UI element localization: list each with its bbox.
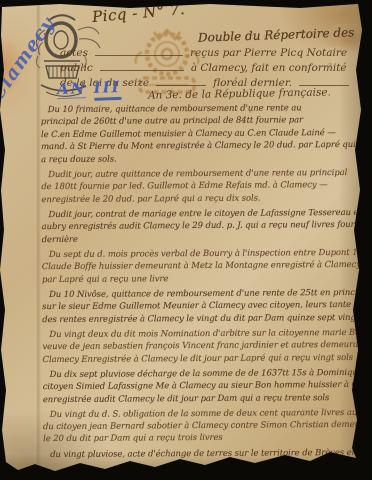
- form-line-2-label: actes: [60, 47, 88, 59]
- form-blank-line: [156, 76, 206, 86]
- body-line: de 180tt fournie par led. Guillemot à Ed…: [41, 179, 359, 194]
- body-paragraph: Du dix sept pluviose décharge de la somm…: [43, 367, 361, 407]
- body-paragraph: Du sept du d. mois procès verbal de Bour…: [42, 247, 360, 287]
- form-line-3-label: public: [60, 62, 93, 74]
- body-line: dernière: [42, 232, 360, 247]
- form-blank-line: [95, 46, 183, 56]
- scan-background: Picq - N° 7. Double du Répertoire des ac…: [0, 0, 372, 480]
- body-line: mand. à St Pierre du Mont enregistrée à …: [41, 139, 359, 154]
- body-line: a reçu douze sols.: [41, 152, 359, 167]
- body-line: enregistrée le 20 dud. par Lapré qui a r…: [41, 192, 359, 207]
- page-title: Picq - N° 7.: [91, 0, 185, 26]
- form-line-2-text: reçus par Pierre Picq Notaire: [190, 47, 347, 59]
- body-line: le 20 du dit par Dam qui a reçu trois li…: [43, 431, 361, 446]
- body-text: Du 10 frimaire, quittance de rembourseme…: [41, 102, 362, 464]
- body-line: enregistrée audit Clamecy le dit jour pa…: [43, 391, 361, 406]
- body-line: du vingt pluviose, acte d'échange de ter…: [43, 446, 361, 461]
- body-paragraph: du vingt pluviose, acte d'échange de ter…: [43, 446, 361, 461]
- form-blank-line: [100, 61, 184, 71]
- form-line-1: Double du Répertoire des: [198, 25, 355, 44]
- republic-year-line: An 3e. de la République française.: [148, 86, 331, 101]
- body-line: des rentes enregistrée à Clamecy le ving…: [42, 312, 360, 327]
- body-paragraph: Du 10 Nivôse, quittance de remboursement…: [42, 287, 360, 327]
- body-line: Claude Boffe huissier demeurant à Metz l…: [42, 259, 360, 274]
- form-line-2: actes reçus par Pierre Picq Notaire: [60, 46, 356, 59]
- body-paragraph: Du vingt du d. S. obligation de la somme…: [43, 406, 361, 446]
- form-line-3-text: à Clamecy, fait en conformité: [191, 62, 347, 74]
- body-line: Clamecy Enregistrée à Clamecy le dit jou…: [42, 351, 360, 366]
- form-blank-line: [299, 76, 349, 86]
- body-paragraph: Dudit jour, autre quittance de rembourse…: [41, 167, 359, 207]
- blue-year-note: AN III: [57, 78, 121, 98]
- body-line: par Lapré qui a reçu une livre: [42, 272, 360, 287]
- body-paragraph: Du vingt deux du dit mois Nomination d'a…: [42, 327, 360, 367]
- body-paragraph: Du 10 frimaire, quittance de rembourseme…: [41, 102, 359, 166]
- blue-year-numeral: III: [93, 78, 121, 101]
- blue-classification-note: Clamecy: [0, 13, 59, 105]
- manuscript-page: Picq - N° 7. Double du Répertoire des ac…: [0, 0, 372, 480]
- blue-year-an: AN: [57, 79, 87, 99]
- form-line-3: public à Clamecy, fait en conformité: [60, 61, 356, 74]
- body-paragraph: Dudit jour, contrat de mariage entre le …: [41, 207, 359, 247]
- body-line: aubry enregistrés audit Clamecy le 29 du…: [42, 219, 360, 234]
